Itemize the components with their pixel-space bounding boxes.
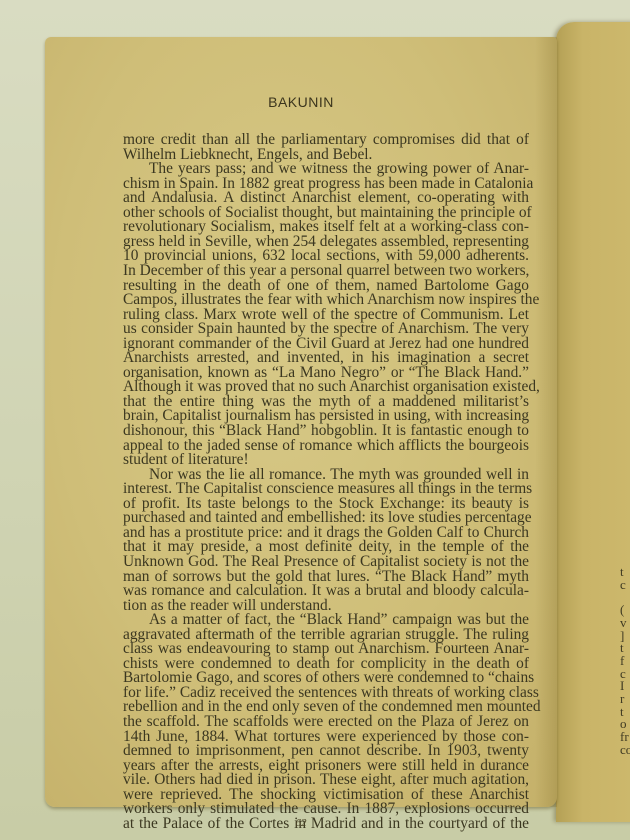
- text-line: demned to imprisonment, pen cannot descr…: [123, 744, 529, 758]
- text-line: Campos, illustrates the fear with which …: [123, 293, 529, 307]
- text-line: Unknown God. The Real Presence of Capita…: [123, 555, 529, 569]
- text-line: dishonour, this “Black Hand” hobgoblin. …: [123, 424, 529, 438]
- book-page: BAKUNIN more credit than all the parliam…: [45, 37, 557, 807]
- facing-page-text-fragments: t c ( v ] t f c I r t o fr co: [620, 566, 630, 757]
- facing-page-edge: t c ( v ] t f c I r t o fr co: [556, 22, 630, 822]
- text-line: more credit than all the parliamentary c…: [123, 133, 529, 147]
- running-head: BAKUNIN: [45, 94, 557, 110]
- text-line: student of literature!: [123, 453, 529, 467]
- text-line: The years pass; and we witness the growi…: [123, 162, 529, 176]
- text-line: In December of this year a personal quar…: [123, 264, 529, 278]
- text-line: the scaffold. The scaffolds were erected…: [123, 715, 529, 729]
- text-line: was romance and calculation. It was a br…: [123, 584, 529, 598]
- page-number: 62: [45, 817, 557, 829]
